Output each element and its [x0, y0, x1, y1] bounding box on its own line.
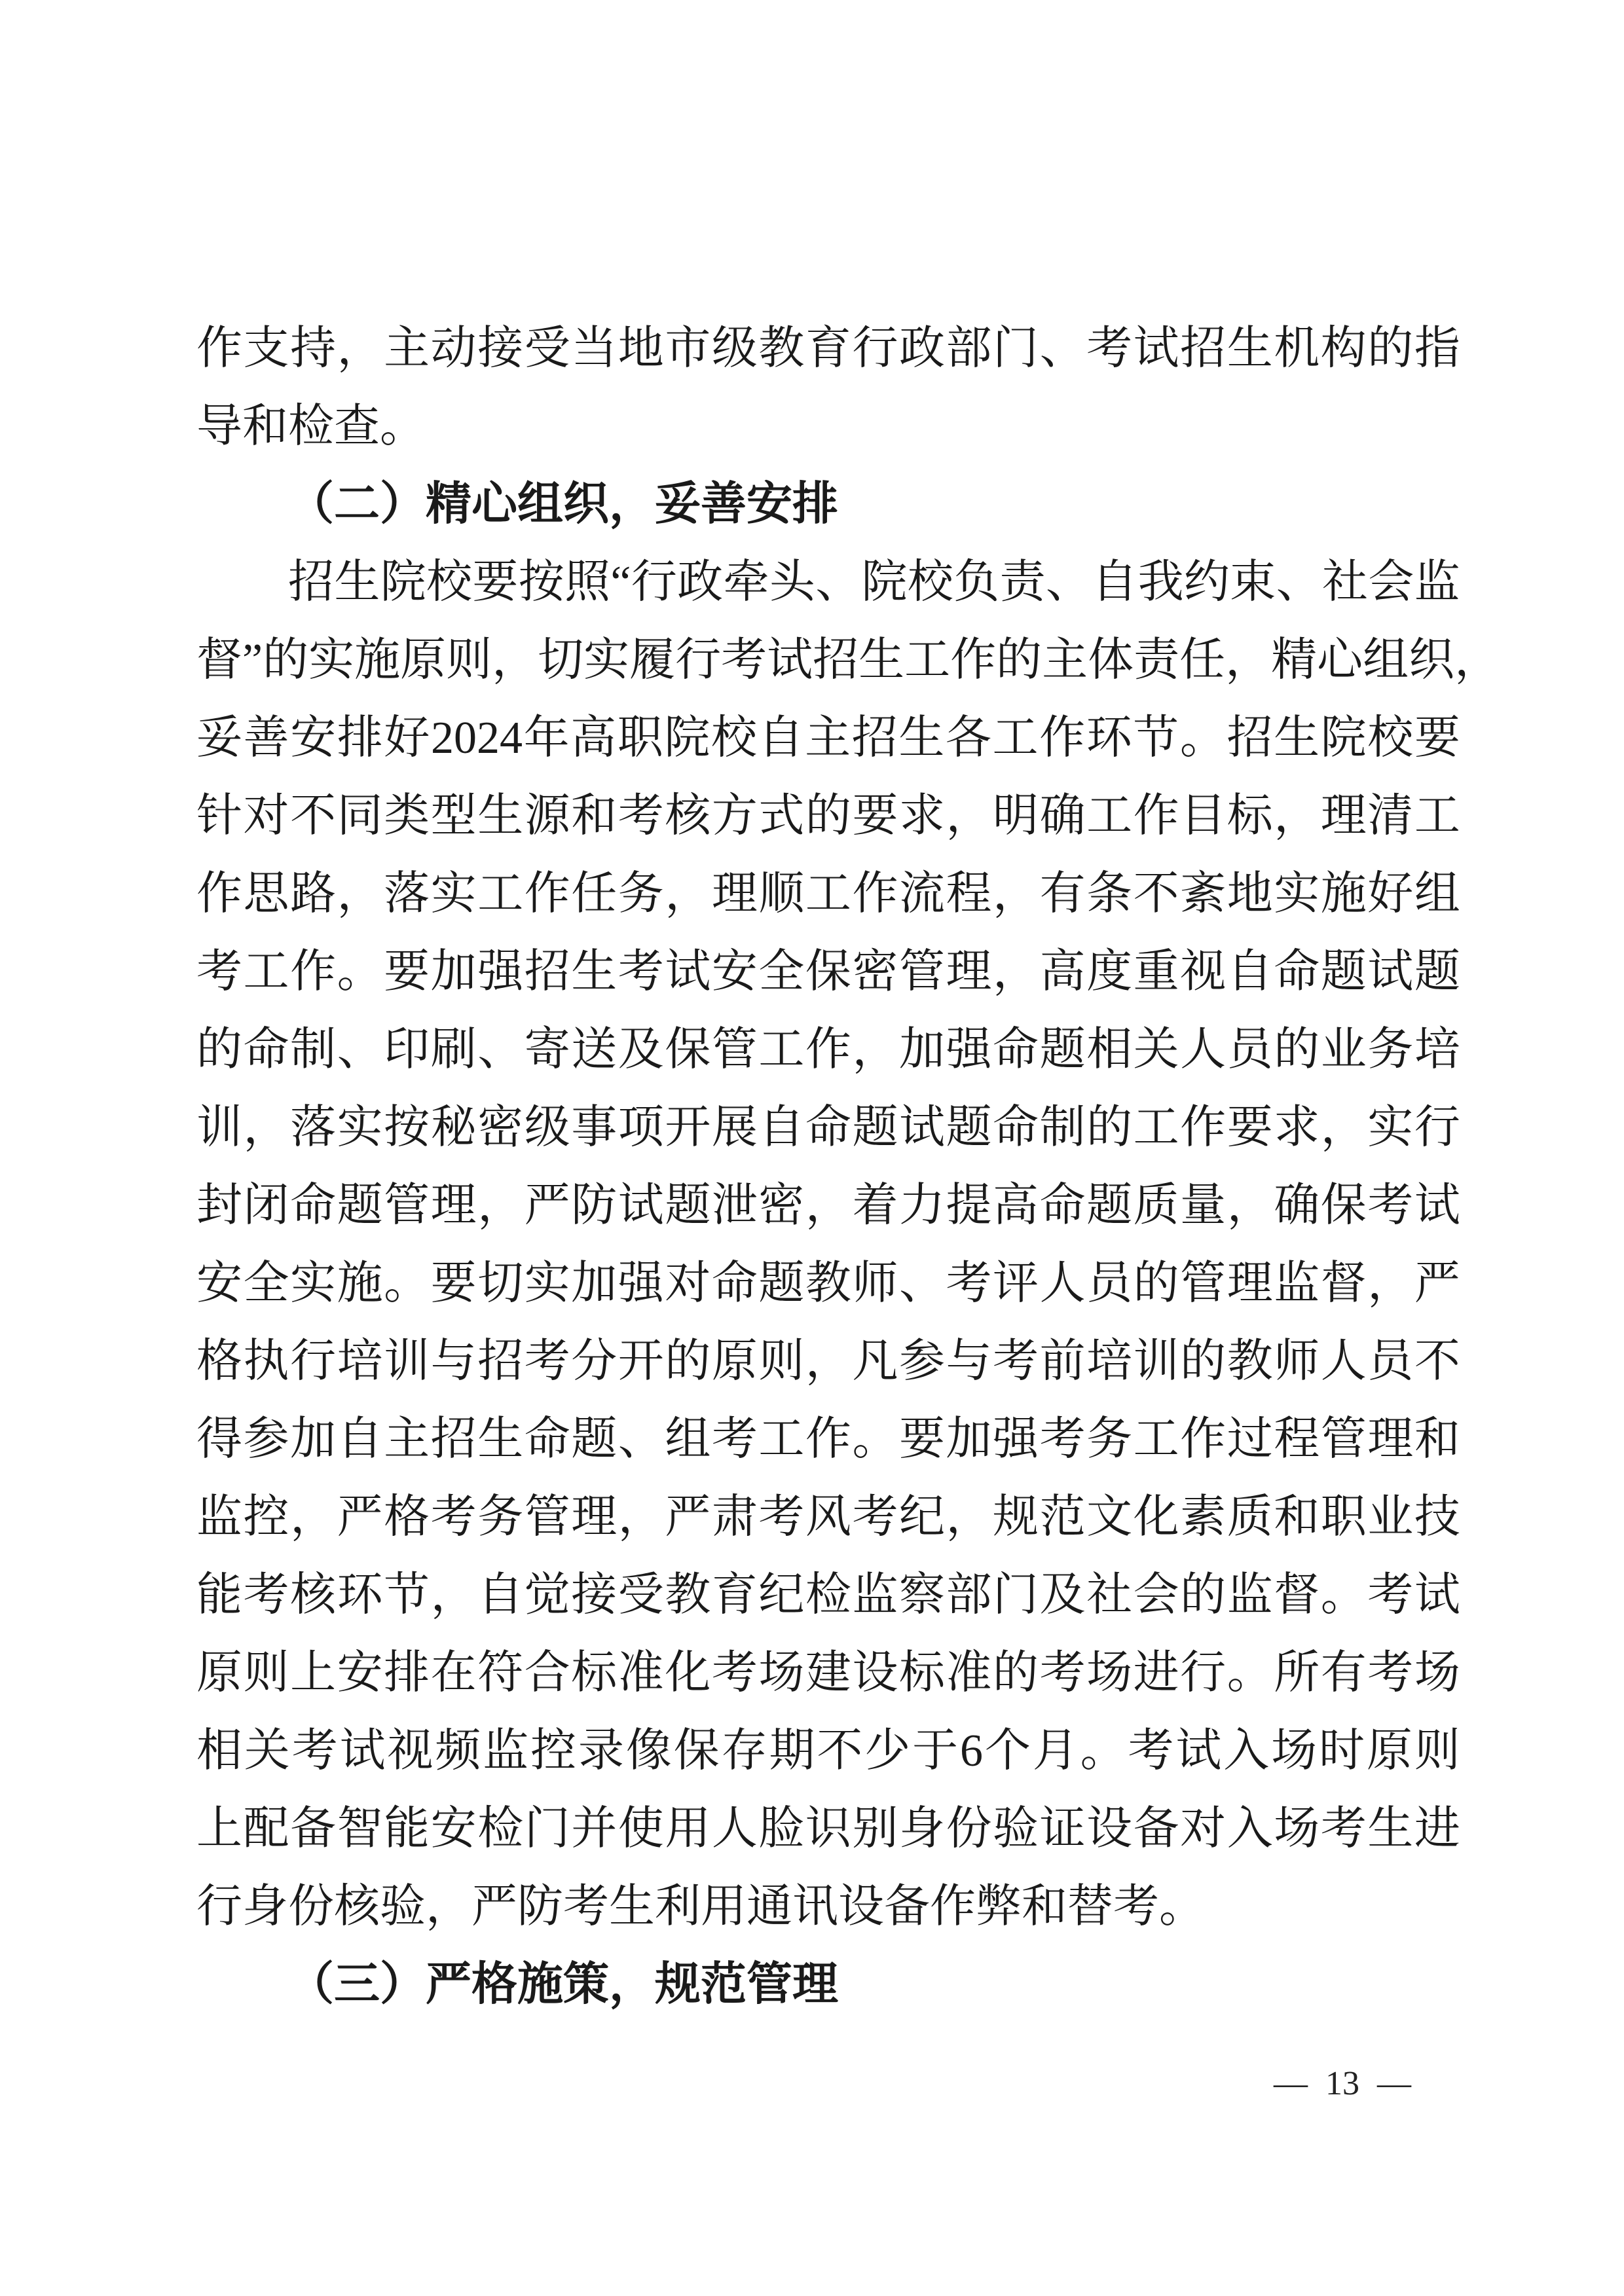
- glyph: 工: [993, 699, 1039, 777]
- glyph: 得: [196, 1400, 242, 1478]
- glyph: 及: [1040, 1556, 1086, 1634]
- glyph: 工: [1086, 777, 1132, 855]
- glyph: ，: [1367, 1245, 1413, 1322]
- glyph: 条: [1086, 855, 1132, 933]
- glyph: 的: [1134, 1245, 1179, 1322]
- glyph: 力: [899, 1167, 945, 1245]
- text-line: 能考核环节，自觉接受教育纪检监察部门及社会的监督。考试: [196, 1556, 1460, 1634]
- glyph: 范: [1040, 1478, 1086, 1556]
- glyph: 训: [1134, 1322, 1179, 1400]
- glyph: 执: [244, 1322, 289, 1400]
- glyph: 。: [852, 1400, 898, 1478]
- glyph: ，: [290, 1478, 336, 1556]
- glyph: 不: [290, 777, 336, 855]
- glyph: 对: [1180, 1790, 1226, 1868]
- glyph: 教: [665, 1556, 710, 1634]
- glyph: 、: [618, 1400, 664, 1478]
- glyph: 级: [712, 310, 758, 388]
- text-line: 作支持，主动接受当地市级教育行政部门、考试招生机构的指: [196, 310, 1460, 388]
- glyph: 考: [292, 1712, 338, 1790]
- glyph: 妥: [196, 699, 242, 777]
- glyph: 备: [290, 1790, 336, 1868]
- glyph: 秘: [431, 1089, 477, 1167]
- glyph: 设: [852, 1634, 898, 1712]
- glyph: 、: [899, 1245, 945, 1322]
- glyph: 密: [477, 1089, 523, 1167]
- glyph: 理: [1227, 1245, 1273, 1322]
- glyph: 考: [1040, 1400, 1086, 1478]
- glyph: 考: [196, 933, 242, 1011]
- glyph: 试: [767, 621, 813, 699]
- glyph: 和: [1274, 1478, 1319, 1556]
- glyph: 督: [1274, 1556, 1319, 1634]
- glyph: 不: [817, 1712, 862, 1790]
- glyph: 上: [196, 1790, 242, 1868]
- glyph: 行: [1180, 1634, 1226, 1712]
- text-line: 安全实施。要切实加强对命题教师、考评人员的管理监督，严: [196, 1245, 1460, 1322]
- glyph: 视: [1180, 933, 1226, 1011]
- glyph: 人: [712, 1790, 758, 1868]
- glyph: “: [610, 543, 631, 621]
- glyph: 过: [1227, 1400, 1273, 1478]
- glyph: 履: [629, 621, 675, 699]
- text-line: 作思路，落实工作任务，理顺工作流程，有条不紊地实施好组: [196, 855, 1460, 933]
- glyph: 落: [290, 1089, 336, 1167]
- glyph: 保: [665, 1011, 710, 1089]
- glyph: 量: [1180, 1167, 1226, 1245]
- glyph: 管: [384, 1167, 430, 1245]
- glyph: 校: [711, 699, 757, 777]
- glyph: 工: [904, 621, 950, 699]
- glyph: 程: [946, 855, 992, 933]
- document-page: 作支持，主动接受当地市级教育行政部门、考试招生机构的指导和检查。（二）精心组织，…: [0, 0, 1624, 2296]
- glyph: 泄: [712, 1167, 758, 1245]
- glyph: 招: [1227, 699, 1272, 777]
- glyph: 安: [431, 1790, 477, 1868]
- glyph: 保: [674, 1712, 720, 1790]
- glyph: ，: [805, 1167, 851, 1245]
- glyph: 自: [337, 1400, 383, 1478]
- glyph: 有: [1321, 1634, 1367, 1712]
- text-line: 导和检查。: [196, 388, 1460, 465]
- glyph: 则: [758, 1322, 804, 1400]
- glyph: 生: [898, 699, 944, 777]
- glyph: 保: [1321, 1167, 1367, 1245]
- glyph: 招: [813, 621, 858, 699]
- glyph: 原: [196, 1634, 242, 1712]
- glyph: 少: [864, 1712, 910, 1790]
- glyph: 考: [1321, 1790, 1367, 1868]
- glyph: 监: [1274, 1245, 1319, 1322]
- glyph: 作: [1180, 1089, 1226, 1167]
- glyph: 的: [1086, 1089, 1132, 1167]
- glyph: 理: [571, 1478, 617, 1556]
- glyph: 生: [1227, 310, 1273, 388]
- glyph: 对: [665, 1245, 710, 1322]
- glyph: 好: [1367, 855, 1413, 933]
- glyph: 人: [1321, 1322, 1367, 1400]
- glyph: 加: [946, 1400, 992, 1478]
- glyph: 评: [993, 1245, 1039, 1322]
- glyph: 作: [1134, 777, 1179, 855]
- glyph: 、: [337, 1011, 383, 1089]
- glyph: 理: [712, 855, 758, 933]
- glyph: 的: [1180, 1322, 1226, 1400]
- glyph: 全: [758, 933, 804, 1011]
- glyph: 教: [758, 310, 804, 388]
- glyph: 行: [675, 621, 721, 699]
- glyph: 命: [805, 1089, 851, 1167]
- glyph: 环: [1086, 699, 1132, 777]
- glyph: 院: [1321, 699, 1367, 777]
- glyph: 部: [946, 310, 992, 388]
- glyph: 的: [1180, 1556, 1226, 1634]
- glyph: 同: [337, 777, 383, 855]
- glyph: 密: [758, 1167, 804, 1245]
- glyph: 原: [1367, 1712, 1412, 1790]
- glyph: 持: [290, 310, 336, 388]
- glyph: 场: [1414, 1634, 1460, 1712]
- glyph: 实: [431, 855, 477, 933]
- glyph: 作: [852, 855, 898, 933]
- glyph: 工: [805, 855, 851, 933]
- glyph: 时: [1319, 1712, 1365, 1790]
- glyph: 责: [1000, 543, 1046, 621]
- glyph: 风: [805, 1478, 851, 1556]
- glyph: 的: [196, 1011, 242, 1089]
- glyph: 政: [899, 310, 945, 388]
- glyph: 精: [1271, 621, 1317, 699]
- glyph: 生: [571, 933, 617, 1011]
- glyph: ，: [946, 1478, 992, 1556]
- glyph: 考: [993, 1322, 1039, 1400]
- glyph: 强: [946, 1011, 992, 1089]
- glyph: 入: [1227, 1790, 1273, 1868]
- glyph: 牵: [724, 543, 769, 621]
- glyph: 好: [384, 699, 430, 777]
- glyph: 要: [1227, 1089, 1273, 1167]
- glyph: 。: [1180, 699, 1226, 777]
- text-line: 行身份核验，严防考生利用通讯设备作弊和替考。: [196, 1868, 1460, 1946]
- glyph: 方: [712, 777, 758, 855]
- glyph: 。: [1227, 1634, 1273, 1712]
- glyph: 化: [1134, 1478, 1179, 1556]
- glyph: 受: [525, 310, 570, 388]
- glyph: 参: [244, 1400, 289, 1478]
- glyph: 考: [758, 1478, 804, 1556]
- glyph: 纪: [758, 1556, 804, 1634]
- glyph: 部: [946, 1556, 992, 1634]
- glyph: 送: [571, 1011, 617, 1089]
- glyph: 作: [950, 621, 996, 699]
- glyph: 、: [815, 543, 861, 621]
- glyph: 师: [1274, 1322, 1319, 1400]
- glyph: 、: [1046, 543, 1092, 621]
- glyph: 组: [665, 1400, 710, 1478]
- glyph: 试: [1414, 1556, 1460, 1634]
- glyph: 接: [477, 310, 523, 388]
- glyph: 相: [1086, 1011, 1132, 1089]
- glyph: 能: [196, 1556, 242, 1634]
- glyph: 训: [196, 1089, 242, 1167]
- glyph: 我: [1138, 543, 1184, 621]
- glyph: 并: [571, 1790, 617, 1868]
- glyph: 职: [1321, 1478, 1367, 1556]
- glyph: 人: [1180, 1011, 1226, 1089]
- glyph: 及: [618, 1011, 664, 1089]
- glyph: 符: [477, 1634, 523, 1712]
- glyph: 会: [1134, 1556, 1179, 1634]
- glyph: 防: [571, 1167, 617, 1245]
- glyph: 事: [571, 1089, 617, 1167]
- glyph: 月: [1033, 1712, 1079, 1790]
- glyph: 份: [946, 1790, 992, 1868]
- glyph: 生: [1274, 699, 1319, 777]
- glyph: 强: [477, 933, 523, 1011]
- glyph: 管: [525, 1478, 570, 1556]
- glyph: 化: [665, 1634, 710, 1712]
- glyph: 格: [196, 1322, 242, 1400]
- glyph: 排: [384, 1634, 430, 1712]
- glyph: 考: [244, 1556, 289, 1634]
- glyph: 监: [196, 1478, 242, 1556]
- glyph: 相: [196, 1712, 242, 1790]
- glyph: 度: [1086, 933, 1132, 1011]
- glyph: 清: [1367, 777, 1413, 855]
- text-line: 封闭命题管理，严防试题泄密，着力提高命题质量，确保考试: [196, 1167, 1460, 1245]
- glyph: 察: [899, 1556, 945, 1634]
- glyph: 考: [946, 1245, 992, 1322]
- glyph: 自: [1092, 543, 1137, 621]
- glyph: 考: [712, 1400, 758, 1478]
- glyph: 生: [477, 1400, 523, 1478]
- glyph: 要: [1414, 699, 1460, 777]
- glyph: 分: [571, 1322, 617, 1400]
- glyph: 实: [525, 1245, 570, 1322]
- glyph: 动: [431, 310, 477, 388]
- glyph: 师: [852, 1245, 898, 1322]
- glyph: 监: [483, 1712, 528, 1790]
- glyph: 任: [571, 855, 617, 933]
- glyph: 命: [993, 1011, 1039, 1089]
- text-line: 上配备智能安检门并使用人脸识别身份验证设备对入场考生进: [196, 1790, 1460, 1868]
- glyph: 监: [1227, 1556, 1273, 1634]
- glyph: 织: [1409, 621, 1454, 699]
- glyph: 场: [1271, 1712, 1317, 1790]
- glyph: 行: [290, 1322, 336, 1400]
- glyph: 使: [618, 1790, 664, 1868]
- glyph: 的: [805, 777, 851, 855]
- glyph: ，: [477, 1167, 523, 1245]
- glyph: 业: [1367, 1478, 1413, 1556]
- glyph: 开: [665, 1089, 710, 1167]
- glyph: 工: [758, 1011, 804, 1089]
- glyph: 题: [337, 1167, 383, 1245]
- glyph: 指: [1414, 310, 1460, 388]
- glyph: 不: [1134, 855, 1179, 933]
- glyph: 确: [1274, 1167, 1319, 1245]
- glyph: 对: [244, 777, 289, 855]
- glyph: 责: [1134, 621, 1179, 699]
- text-line: 督”的实施原则，切实履行考试招生工作的主体责任，精心组织，: [196, 621, 1460, 699]
- glyph: 题: [665, 1167, 710, 1245]
- glyph: 负: [953, 543, 999, 621]
- glyph: 考: [1086, 310, 1132, 388]
- glyph: 素: [1180, 1478, 1226, 1556]
- glyph: 作: [1180, 1400, 1226, 1478]
- glyph: 和: [1414, 1400, 1460, 1478]
- glyph: 考: [721, 621, 767, 699]
- glyph: 针: [196, 777, 242, 855]
- text-line: 监控，严格考务管理，严肃考风考纪，规范文化素质和职业技: [196, 1478, 1460, 1556]
- glyph: 明: [993, 777, 1039, 855]
- glyph: 员: [1367, 1322, 1413, 1400]
- glyph: 题: [1086, 1167, 1132, 1245]
- glyph: 考: [1040, 1634, 1086, 1712]
- glyph: ，: [993, 933, 1039, 1011]
- glyph: 要: [431, 1245, 477, 1322]
- glyph: 6: [960, 1712, 983, 1790]
- glyph: ”: [242, 621, 263, 699]
- glyph: 善: [244, 699, 289, 777]
- glyph: 密: [852, 933, 898, 1011]
- glyph: 全: [244, 1245, 289, 1322]
- glyph: 地: [618, 310, 664, 388]
- glyph: 命: [1274, 933, 1319, 1011]
- glyph: 所: [1274, 1634, 1319, 1712]
- glyph: 理: [946, 933, 992, 1011]
- glyph: 视: [388, 1712, 434, 1790]
- glyph: 开: [618, 1322, 664, 1400]
- glyph: 环: [337, 1556, 383, 1634]
- text-line: 招生院校要按照“行政牵头、院校负责、自我约束、社会监: [196, 543, 1460, 621]
- glyph: 强: [618, 1245, 664, 1322]
- glyph: 与: [431, 1322, 477, 1400]
- glyph: 寄: [525, 1011, 570, 1089]
- glyph: 切: [538, 621, 583, 699]
- glyph: 监: [852, 1556, 898, 1634]
- glyph: 题: [758, 1245, 804, 1322]
- glyph: 照: [564, 543, 610, 621]
- glyph: 务: [1086, 1400, 1132, 1478]
- glyph: 生: [334, 543, 380, 621]
- glyph: 生: [477, 777, 523, 855]
- glyph: 关: [1134, 1011, 1179, 1089]
- glyph: 行: [1414, 1089, 1460, 1167]
- glyph: 施: [354, 621, 400, 699]
- glyph: 的: [1367, 310, 1413, 388]
- glyph: 节: [1133, 699, 1179, 777]
- glyph: 考: [1367, 1634, 1413, 1712]
- glyph: 与: [946, 1322, 992, 1400]
- glyph: 院: [380, 543, 426, 621]
- text-line: 格执行培训与招考分开的原则，凡参与考前培训的教师人员不: [196, 1322, 1460, 1400]
- section-heading: （二）精心组织，妥善安排: [196, 465, 1460, 543]
- glyph: 考: [852, 1478, 898, 1556]
- glyph: 源: [525, 777, 570, 855]
- glyph: 保: [805, 933, 851, 1011]
- glyph: 流: [899, 855, 945, 933]
- glyph: 切: [477, 1245, 523, 1322]
- glyph: 培: [1414, 1011, 1460, 1089]
- glyph: 在: [431, 1634, 477, 1712]
- glyph: 务: [1367, 1011, 1413, 1089]
- glyph: 严: [665, 1478, 710, 1556]
- glyph: 类: [384, 777, 430, 855]
- glyph: 要: [899, 1400, 945, 1478]
- glyph: 思: [244, 855, 289, 933]
- glyph: 接: [571, 1556, 617, 1634]
- glyph: 于: [912, 1712, 958, 1790]
- glyph: 场: [1086, 1634, 1132, 1712]
- glyph: 任: [1179, 621, 1225, 699]
- glyph: 作: [805, 1011, 851, 1089]
- glyph: 求: [899, 777, 945, 855]
- glyph: 、: [477, 1011, 523, 1089]
- glyph: 试: [665, 933, 710, 1011]
- glyph: 心: [1317, 621, 1363, 699]
- glyph: 自: [758, 1089, 804, 1167]
- glyph: 检: [805, 1556, 851, 1634]
- glyph: 督: [196, 621, 242, 699]
- glyph: 作: [805, 1400, 851, 1478]
- glyph: 自: [477, 1556, 523, 1634]
- glyph: 员: [1086, 1245, 1132, 1322]
- glyph: ，: [946, 777, 992, 855]
- glyph: 命: [290, 1167, 336, 1245]
- glyph: 格: [384, 1478, 430, 1556]
- glyph: 当: [571, 310, 617, 388]
- glyph: 自: [1227, 933, 1273, 1011]
- glyph: 主: [805, 699, 851, 777]
- glyph: 排: [337, 699, 383, 777]
- glyph: 组: [1414, 855, 1460, 933]
- glyph: 作: [196, 310, 242, 388]
- glyph: 闭: [244, 1167, 289, 1245]
- glyph: 培: [337, 1322, 383, 1400]
- glyph: 严: [525, 1167, 570, 1245]
- glyph: 考: [618, 777, 664, 855]
- glyph: 题: [852, 1089, 898, 1167]
- glyph: 高: [993, 1167, 1039, 1245]
- glyph: 试: [1414, 1167, 1460, 1245]
- glyph: 加: [899, 1011, 945, 1089]
- glyph: 安: [337, 1634, 383, 1712]
- glyph: 凡: [852, 1322, 898, 1400]
- glyph: 会: [1368, 543, 1414, 621]
- glyph: 强: [993, 1400, 1039, 1478]
- glyph: 题: [946, 1089, 992, 1167]
- glyph: 主: [384, 310, 430, 388]
- glyph: 进: [1414, 1790, 1460, 1868]
- glyph: 封: [196, 1167, 242, 1245]
- glyph: 院: [862, 543, 908, 621]
- page-number: — 13 —: [1247, 2064, 1437, 2104]
- glyph: ，: [618, 1478, 664, 1556]
- glyph: 管: [712, 1011, 758, 1089]
- glyph: 工: [758, 1400, 804, 1478]
- glyph: 育: [805, 310, 851, 388]
- glyph: 理: [1321, 777, 1367, 855]
- glyph: 招: [1180, 310, 1226, 388]
- glyph: 落: [384, 855, 430, 933]
- glyph: 考: [431, 1478, 477, 1556]
- glyph: 则: [1414, 1712, 1460, 1790]
- glyph: 纪: [899, 1478, 945, 1556]
- glyph: 刷: [431, 1011, 477, 1089]
- glyph: 题: [1321, 933, 1367, 1011]
- glyph: 束: [1230, 543, 1276, 621]
